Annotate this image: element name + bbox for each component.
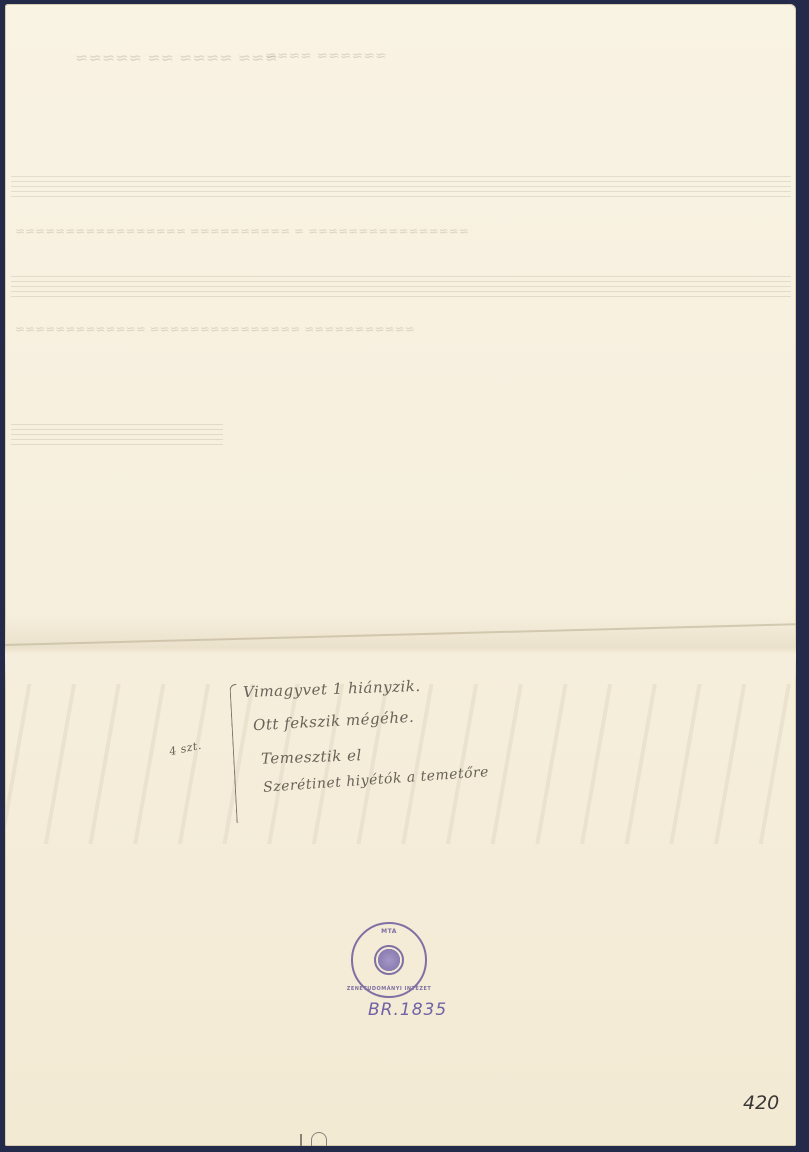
pencil-mark	[300, 1134, 302, 1146]
manuscript-sheet: ≈≈≈ ≈≈≈≈ ≈≈ ≈≈≈≈≈ ≈≈≈≈≈≈ ≈≈≈≈ ≈≈≈≈≈≈≈≈≈≈…	[5, 4, 796, 1146]
hungarian-crest-icon	[374, 945, 404, 975]
folio-number: 420	[743, 1092, 779, 1114]
pencil-mark	[311, 1132, 327, 1146]
ghost-heading: ≈≈≈≈≈≈ ≈≈≈≈	[265, 48, 387, 64]
ghost-heading: ≈≈≈ ≈≈≈≈ ≈≈ ≈≈≈≈≈	[75, 48, 278, 67]
ghost-lyrics: ≈≈≈≈≈≈≈≈≈≈≈≈≈≈≈≈ ≈ ≈≈≈≈≈≈≈≈≈≈ ≈≈≈≈≈≈≈≈≈≈…	[15, 224, 469, 238]
shelfmark: BR.1835	[368, 1000, 447, 1020]
stamp-ring-text: ZENETUDOMÁNYI INTÉZET	[347, 986, 432, 992]
ghost-staff	[11, 424, 223, 446]
ghost-staff	[11, 276, 791, 298]
annotation-line: Temesztik el	[261, 746, 362, 768]
stamp-top-text: MTA	[381, 928, 397, 935]
ghost-lyrics: ≈≈≈≈≈≈≈≈≈≈≈ ≈≈≈≈≈≈≈≈≈≈≈≈≈≈≈ ≈≈≈≈≈≈≈≈≈≈≈≈…	[15, 322, 415, 336]
library-stamp: MTA ZENETUDOMÁNYI INTÉZET	[351, 922, 427, 998]
ghost-staff	[11, 176, 791, 198]
